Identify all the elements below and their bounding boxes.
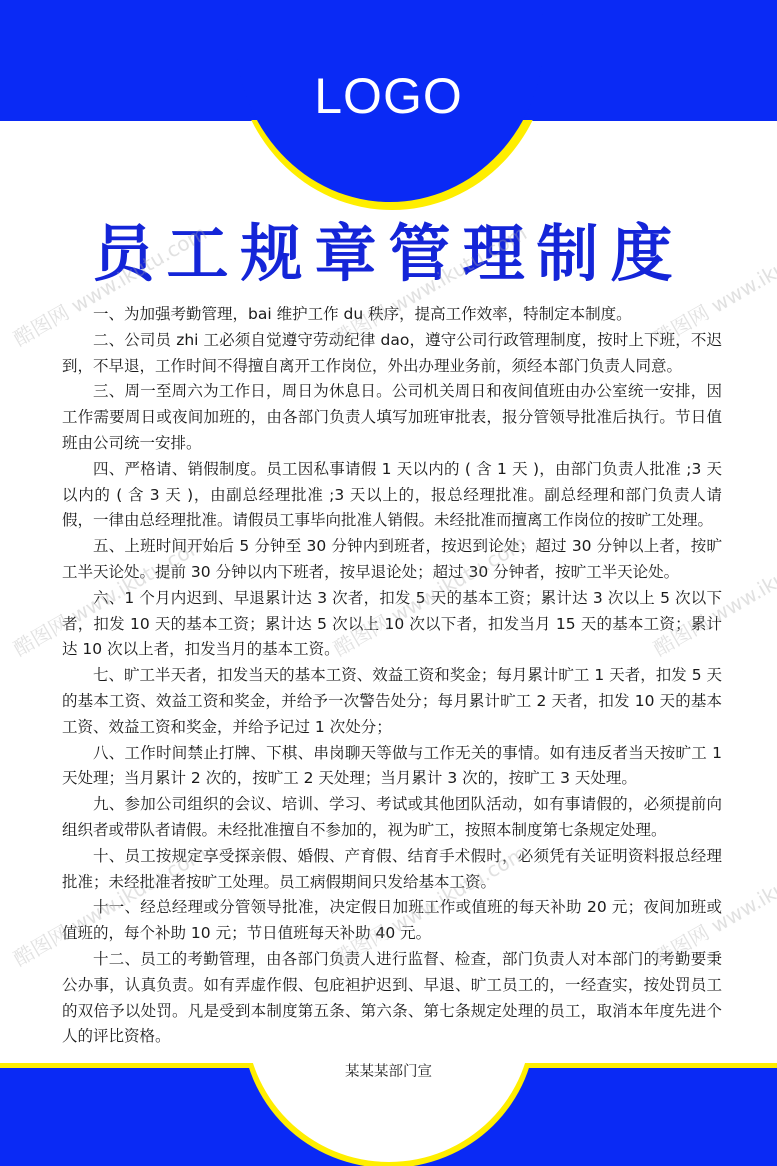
paragraph-8: 八、工作时间禁止打牌、下棋、串岗聊天等做与工作无关的事情。如有违反者当天按旷工 … <box>62 741 722 793</box>
paragraph-11: 十一、经总经理或分管领导批准，决定假日加班工作或值班的每天补助 20 元；夜间加… <box>62 895 722 947</box>
paragraph-12: 十二、员工的考勤管理，由各部门负责人进行监督、检查，部门负责人对本部门的考勤要秉… <box>62 947 722 1050</box>
paragraph-7: 七、旷工半天者，扣发当天的基本工资、效益工资和奖金；每月累计旷工 1 天者，扣发… <box>62 663 722 740</box>
logo: LOGO <box>0 66 777 126</box>
paragraph-9: 九、参加公司组织的会议、培训、学习、考试或其他团队活动，如有事请假的，必须提前向… <box>62 792 722 844</box>
paragraph-1: 一、为加强考勤管理，bai 维护工作 du 秩序，提高工作效率，特制定本制度。 <box>62 302 722 328</box>
paragraph-4: 四、严格请、销假制度。员工因私事请假 1 天以内的 ( 含 1 天 )，由部门负… <box>62 457 722 534</box>
signature: 某某某部门宣 <box>0 1060 777 1081</box>
paragraph-3: 三、周一至周六为工作日，周日为休息日。公司机关周日和夜间值班由办公室统一安排，因… <box>62 379 722 456</box>
document-body: 一、为加强考勤管理，bai 维护工作 du 秩序，提高工作效率，特制定本制度。 … <box>62 302 722 1050</box>
paragraph-2: 二、公司员 zhi 工必须自觉遵守劳动纪律 dao，遵守公司行政管理制度，按时上… <box>62 328 722 380</box>
document-title: 员工规章管理制度 <box>0 214 777 294</box>
paragraph-6: 六、1 个月内迟到、早退累计达 3 次者，扣发 5 天的基本工资；累计达 3 次… <box>62 586 722 663</box>
paragraph-10: 十、员工按规定享受探亲假、婚假、产育假、结育手术假时，必须凭有关证明资料报总经理… <box>62 844 722 896</box>
paragraph-5: 五、上班时间开始后 5 分钟至 30 分钟内到班者，按迟到论处；超过 30 分钟… <box>62 534 722 586</box>
